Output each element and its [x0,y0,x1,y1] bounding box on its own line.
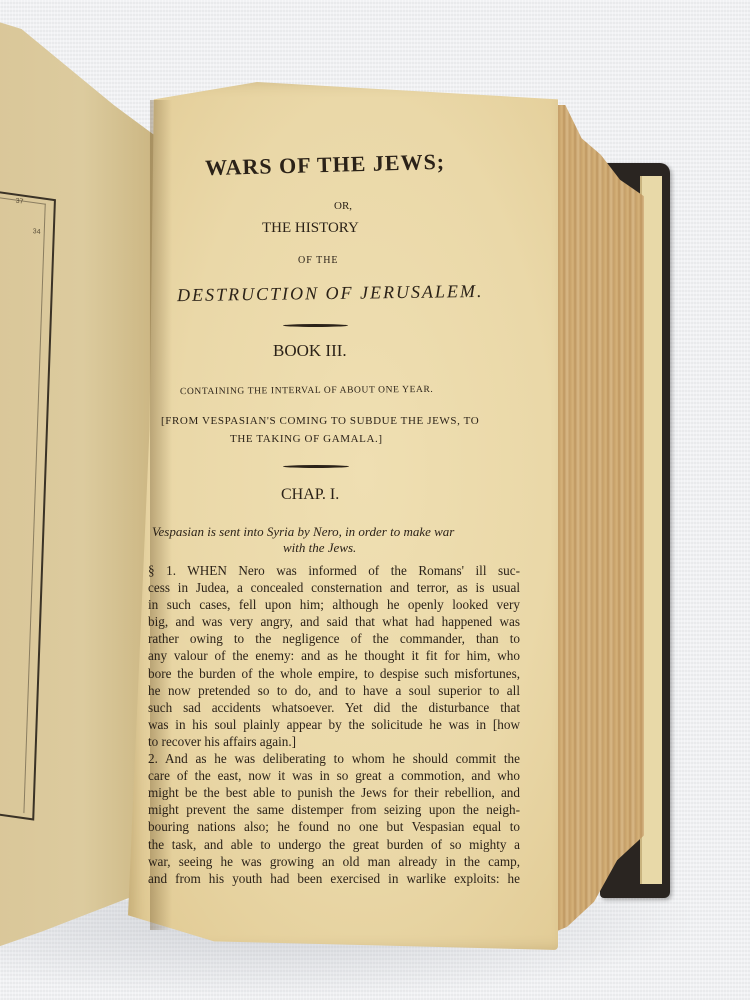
body-line: care of the east, now it was in so great… [148,767,520,784]
subtitle-of-the: OF THE [298,255,339,266]
body-line: and from his youth had been exercised in… [148,870,520,887]
book-number: BOOK III. [273,341,347,361]
body-line: any valour of the enemy: and as he thoug… [148,647,520,664]
title-or: OR, [334,200,352,212]
book-scope-line-1: [FROM VESPASIAN'S COMING TO SUBDUE THE J… [161,415,479,427]
chapter-argument-line-1: Vespasian is sent into Syria by Nero, in… [152,524,454,540]
body-line: war, seeing he was growing an old man al… [148,853,520,870]
body-line: cess in Judea, a concealed consternation… [148,579,520,596]
body-text: § 1. WHEN Nero was informed of the Roman… [148,562,520,887]
body-line: in such cases, fell upon him; although h… [148,596,520,613]
body-line: such sad accidents whatsoever. Yet did t… [148,699,520,716]
subtitle: THE HISTORY [262,220,359,237]
book-scope-line-2: THE TAKING OF GAMALA.] [230,433,383,445]
ornamental-rule [283,465,349,468]
body-line: the task, and able to undergo the great … [148,836,520,853]
subtitle-destruction: DESTRUCTION OF JERUSALEM. [177,281,484,306]
body-line: bore the burden of the whole empire, to … [148,665,520,682]
map-label: 37 [16,198,24,206]
body-line: to recover his affairs again.] [148,733,520,750]
body-line: § 1. WHEN Nero was informed of the Roman… [148,562,520,579]
body-line: rather owing to the negligence of the co… [148,630,520,647]
body-line: bouring nations also; he found no one bu… [148,818,520,835]
chapter-heading: CHAP. I. [281,486,339,504]
map-label: 34 [33,228,41,236]
ornamental-rule [283,324,348,327]
body-line: might be the best able to punish the Jew… [148,784,520,801]
page-block-edge [548,105,644,935]
body-line: 2. And as he was deliberating to whom he… [148,750,520,767]
body-line: might prevent the same distemper from se… [148,801,520,818]
body-line: was in his soul plainly appear by the so… [148,716,520,733]
body-line: big, and was very angry, and said that w… [148,613,520,630]
chapter-argument-line-2: with the Jews. [283,540,356,556]
body-line: he now pretended so to do, and to have a… [148,682,520,699]
